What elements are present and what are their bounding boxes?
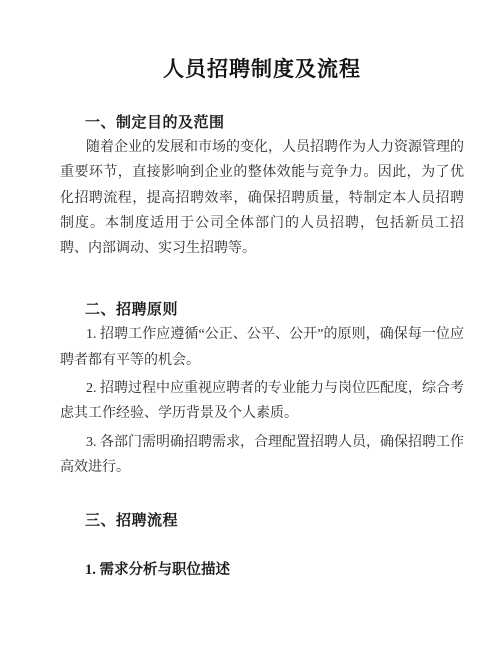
section-3-heading: 三、招聘流程	[60, 508, 464, 533]
principle-item-2: 2. 招聘过程中应重视应聘者的专业能力与岗位匹配度，综合考虑其工作经验、学历背景…	[60, 376, 464, 427]
section-1-heading: 一、制定目的及范围	[60, 110, 464, 135]
section-1-paragraph: 随着企业的发展和市场的变化，人员招聘作为人力资源管理的重要环节，直接影响到企业的…	[60, 135, 464, 261]
section-2-heading: 二、招聘原则	[60, 297, 464, 322]
principle-item-1: 1. 招聘工作应遵循“公正、公平、公开”的原则，确保每一位应聘者都有平等的机会。	[60, 322, 464, 373]
section-recruitment-process: 三、招聘流程 1. 需求分析与职位描述	[60, 508, 464, 583]
process-step-1-heading: 1. 需求分析与职位描述	[60, 558, 464, 583]
section-recruitment-principles: 二、招聘原则 1. 招聘工作应遵循“公正、公平、公开”的原则，确保每一位应聘者都…	[60, 297, 464, 480]
document-page: 人员招聘制度及流程 一、制定目的及范围 随着企业的发展和市场的变化，人员招聘作为…	[0, 0, 500, 647]
section-purpose-and-scope: 一、制定目的及范围 随着企业的发展和市场的变化，人员招聘作为人力资源管理的重要环…	[60, 110, 464, 261]
principle-item-3: 3. 各部门需明确招聘需求，合理配置招聘人员，确保招聘工作高效进行。	[60, 430, 464, 481]
document-title: 人员招聘制度及流程	[60, 54, 464, 86]
